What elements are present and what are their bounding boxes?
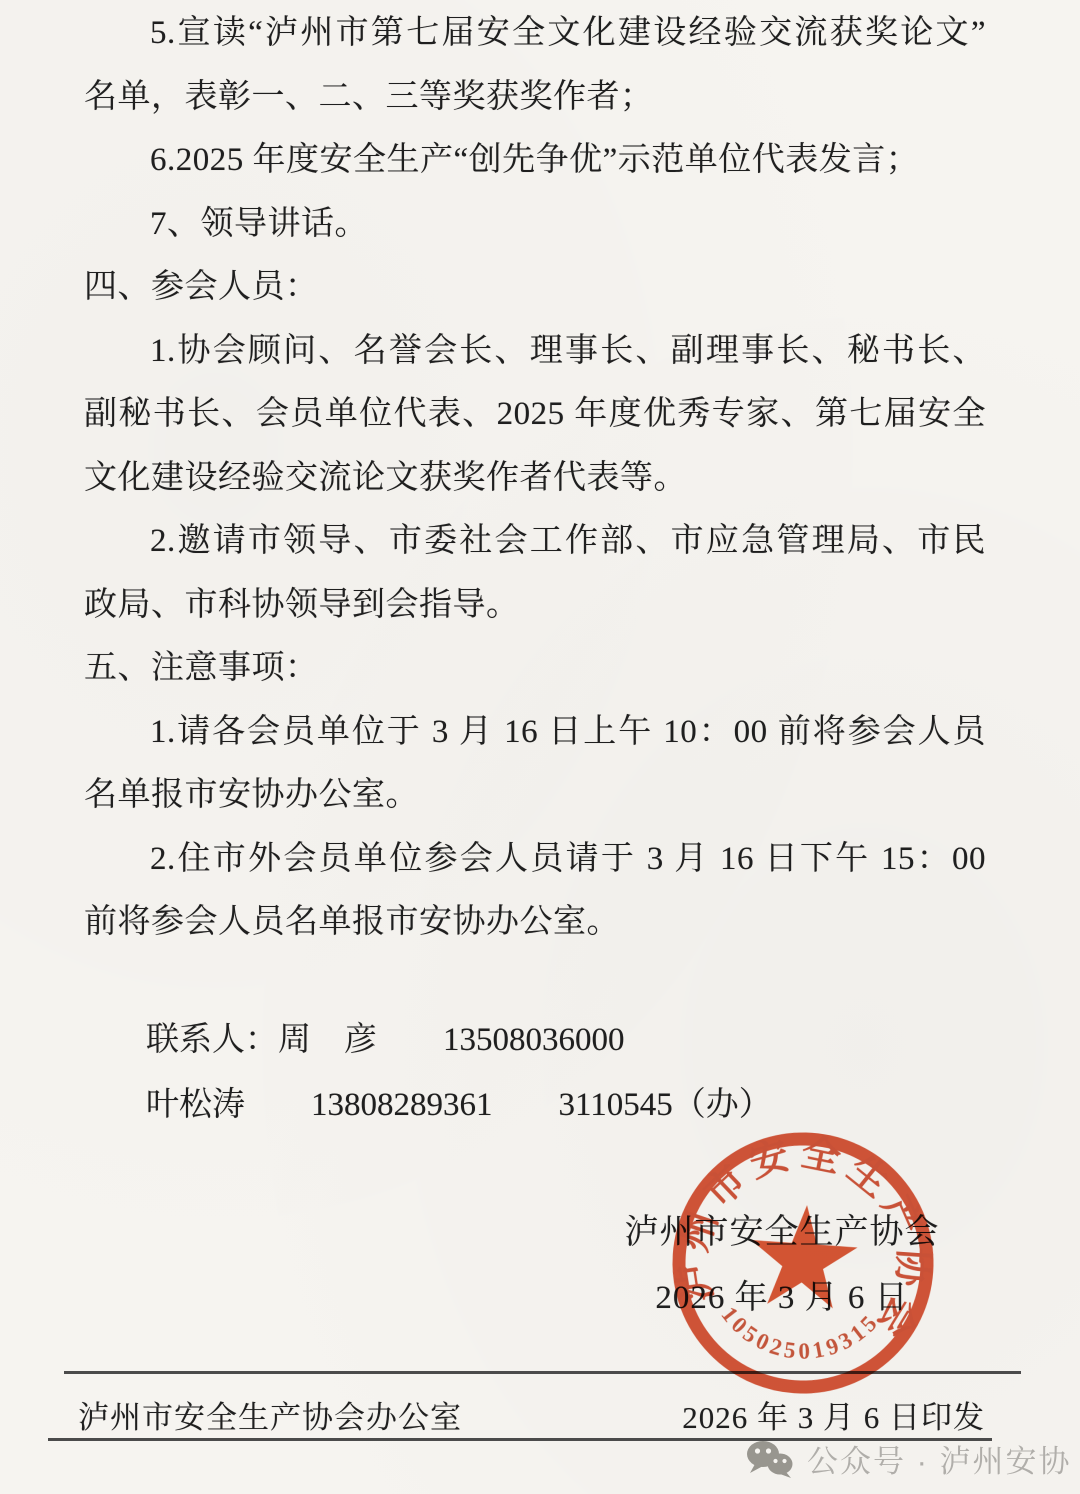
- document-page: 5.宣读“泸州市第七届安全文化建设经验交流获奖论文” 名单，表彰一、二、三等奖获…: [0, 0, 1080, 1494]
- footer-office: 泸州市安全生产协会办公室: [78, 1392, 462, 1437]
- watermark-label: 公众号 · 泸州安协: [807, 1436, 1072, 1481]
- notice-body: 5.宣读“泸州市第七届安全文化建设经验交流获奖论文” 名单，表彰一、二、三等奖获…: [84, 2, 986, 955]
- body-line: 1.协会顾问、名誉会长、理事长、副理事长、秘书长、: [84, 320, 986, 384]
- wechat-icon: [746, 1440, 794, 1478]
- body-line: 四、参会人员：: [84, 256, 986, 320]
- contact-block: 联系人：周 彦 13508036000 叶松涛 13808289361 3110…: [84, 1008, 986, 1138]
- wechat-watermark: 公众号 · 泸州安协: [746, 1436, 1072, 1481]
- body-line: 7、领导讲话。: [84, 193, 986, 257]
- body-line: 副秘书长、会员单位代表、2025 年度优秀专家、第七届安全: [84, 383, 986, 447]
- body-line: 2.住市外会员单位参会人员请于 3 月 16 日下午 15：00: [84, 828, 986, 892]
- body-line: 名单报市安协办公室。: [84, 764, 986, 828]
- body-line: 名单，表彰一、二、三等奖获奖作者；: [84, 66, 986, 130]
- contact-line: 联系人：周 彦 13508036000: [84, 1008, 986, 1073]
- body-line: 6.2025 年度安全生产“创先争优”示范单位代表发言；: [84, 129, 986, 193]
- body-line: 2.邀请市领导、市委社会工作部、市应急管理局、市民: [84, 510, 986, 574]
- body-line: 前将参会人员名单报市安协办公室。: [84, 891, 986, 955]
- body-line: 5.宣读“泸州市第七届安全文化建设经验交流获奖论文”: [84, 2, 986, 66]
- body-line: 文化建设经验交流论文获奖作者代表等。: [84, 447, 986, 511]
- body-line: 五、注意事项：: [84, 637, 986, 701]
- official-seal: 泸州市安全生产协会 5105025019315: [654, 1114, 953, 1413]
- body-line: 1.请各会员单位于 3 月 16 日上午 10：00 前将参会人员: [84, 701, 986, 765]
- body-line: 政局、市科协领导到会指导。: [84, 574, 986, 638]
- star-icon: [747, 1201, 860, 1309]
